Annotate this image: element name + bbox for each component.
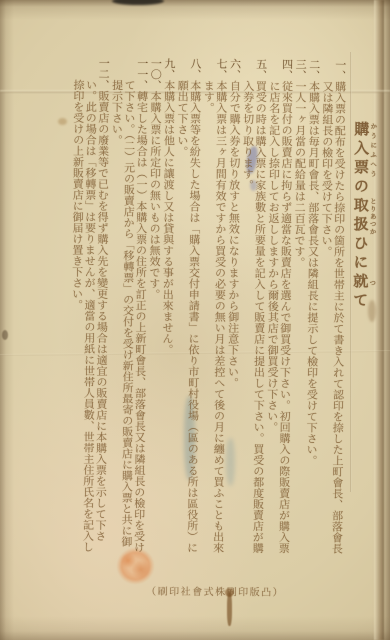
item-text: 購入票の配布を受けたら捺印の箇所を世帯主に於て書き入れて認印を捺した上町會長、部… — [320, 81, 347, 554]
item-text: 従來買付の販賣店に拘らず適當な販賣店を選んで御買受け下さい。初回購入の際販賣店が… — [266, 81, 294, 554]
item-number: 一、 — [334, 59, 347, 81]
items-list: 一、購入票の配布を受けたら捺印の箇所を世帯主に於て書き入れて認印を捺した上町會長… — [48, 57, 345, 555]
printer-imprint: （刷印社會式株刷印版凸） — [146, 583, 284, 599]
list-item: 七、本購入票は三ヶ月間有效ですから買受の必要の無い月は差控へて後の月に纏めて買ふ… — [199, 58, 228, 554]
item-text: 買受の時は購入票に家族數と所要量を記入して販賣店に提出して下さい。買受の都度販賣… — [241, 80, 267, 553]
document-title: 購かう入にふ票へうの取扱とりあつかひに就つて — [350, 121, 378, 381]
item-number: 一二、 — [97, 57, 110, 90]
item-text: 一人一ヶ月當の配給量は二百瓦です。 — [293, 81, 307, 268]
item-text: 自分で購入券を切り放すと無效になりますから御注意下さい。 — [226, 80, 241, 388]
list-item: 一、購入票の配布を受けたら捺印の箇所を世帯主に於て書き入れて認印を捺した上町會長… — [317, 59, 346, 555]
item-number: 七、 — [215, 58, 228, 80]
item-text: 販賣店の廢業等で已むを得ず購入先を變更する場合は適宜の販賣店に本購入票を示して下… — [70, 79, 110, 552]
item-number: 一一、 — [136, 58, 149, 91]
item-number: 四、 — [281, 59, 294, 81]
item-number: 三、 — [294, 59, 307, 81]
item-number: 六、 — [228, 58, 241, 80]
list-item: 八、本購入票等を紛失した場合は「購入票交付申請書」に依り市町村役場（區のある所は… — [172, 58, 201, 554]
item-number: 八、 — [189, 58, 202, 80]
item-number: 五、 — [254, 58, 267, 80]
item-text: 本購入票に所定印の無いものは無效です。 — [148, 91, 162, 300]
item-text: 轉宅した場合は（一）本購入票の住所を訂正の上新町會長、部落會長又は隣組長の檢印を… — [110, 79, 148, 552]
list-item: 四、従來買付の販賣店に拘らず適當な販賣店を選んで御買受け下さい。初回購入の際販賣… — [264, 59, 293, 555]
item-number: 九、 — [163, 58, 176, 80]
item-text: 本購入票は他人に讓渡し又は貸與する事が出來ません。 — [161, 80, 176, 355]
list-item: 五、買受の時は購入票に家族數と所要量を記入して販賣店に提出して下さい。買受の都度… — [238, 58, 267, 554]
item-text: 本購入票等を紛失した場合は「購入票交付申請書」に依り市町村役場（區のある所は區役… — [176, 80, 202, 553]
item-number: 一〇、 — [149, 58, 162, 91]
item-text: 本購入票は毎月町會長、部落會長又は隣組長に提示して檢印を受けて下さい。 — [305, 81, 321, 466]
item-number: 二、 — [308, 59, 321, 81]
item-text: 本購入票は三ヶ月間有效ですから買受の必要の無い月は差控へて後の月に纏めて買ふこと… — [202, 80, 228, 553]
scanned-document-paper: 購かう入にふ票へうの取扱とりあつかひに就つて 一、購入票の配布を受けたら捺印の箇… — [0, 0, 390, 640]
list-item: 一二、販賣店の廢業等で已むを得ず購入先を變更する場合は適宜の販賣店に本購入票を示… — [68, 57, 109, 553]
list-item: 一一、轉宅した場合は（一）本購入票の住所を訂正の上新町會長、部落會長又は隣組長の… — [107, 57, 148, 553]
